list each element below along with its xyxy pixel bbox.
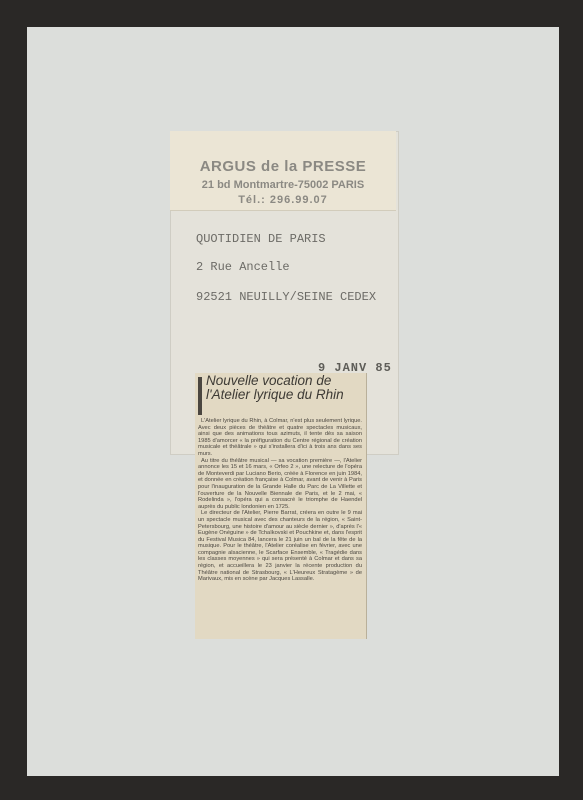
clipping-headline: Nouvelle vocation de l'Atelier lyrique d… [206, 374, 356, 402]
headline-bar [198, 377, 202, 415]
clipping-paragraph: Au titre du théâtre musical — sa vocatio… [198, 458, 362, 511]
sender-header: ARGUS de la PRESSE 21 bd Montmartre-7500… [170, 131, 396, 211]
sender-name: ARGUS de la PRESSE [170, 158, 396, 175]
clipping-paragraph: L'Atelier lyrique du Rhin, à Colmar, n'e… [198, 418, 362, 458]
newspaper-clipping: Nouvelle vocation de l'Atelier lyrique d… [195, 373, 367, 639]
recipient-street: 2 Rue Ancelle [196, 260, 290, 274]
recipient-name: QUOTIDIEN DE PARIS [196, 232, 326, 246]
sender-address: 21 bd Montmartre-75002 PARIS [170, 179, 396, 191]
clipping-paragraph: Le directeur de l'Atelier, Pierre Barrat… [198, 510, 362, 583]
sender-phone: Tél.: 296.99.07 [170, 194, 396, 206]
recipient-city: 92521 NEUILLY/SEINE CEDEX [196, 290, 376, 304]
clipping-body: L'Atelier lyrique du Rhin, à Colmar, n'e… [198, 418, 362, 583]
